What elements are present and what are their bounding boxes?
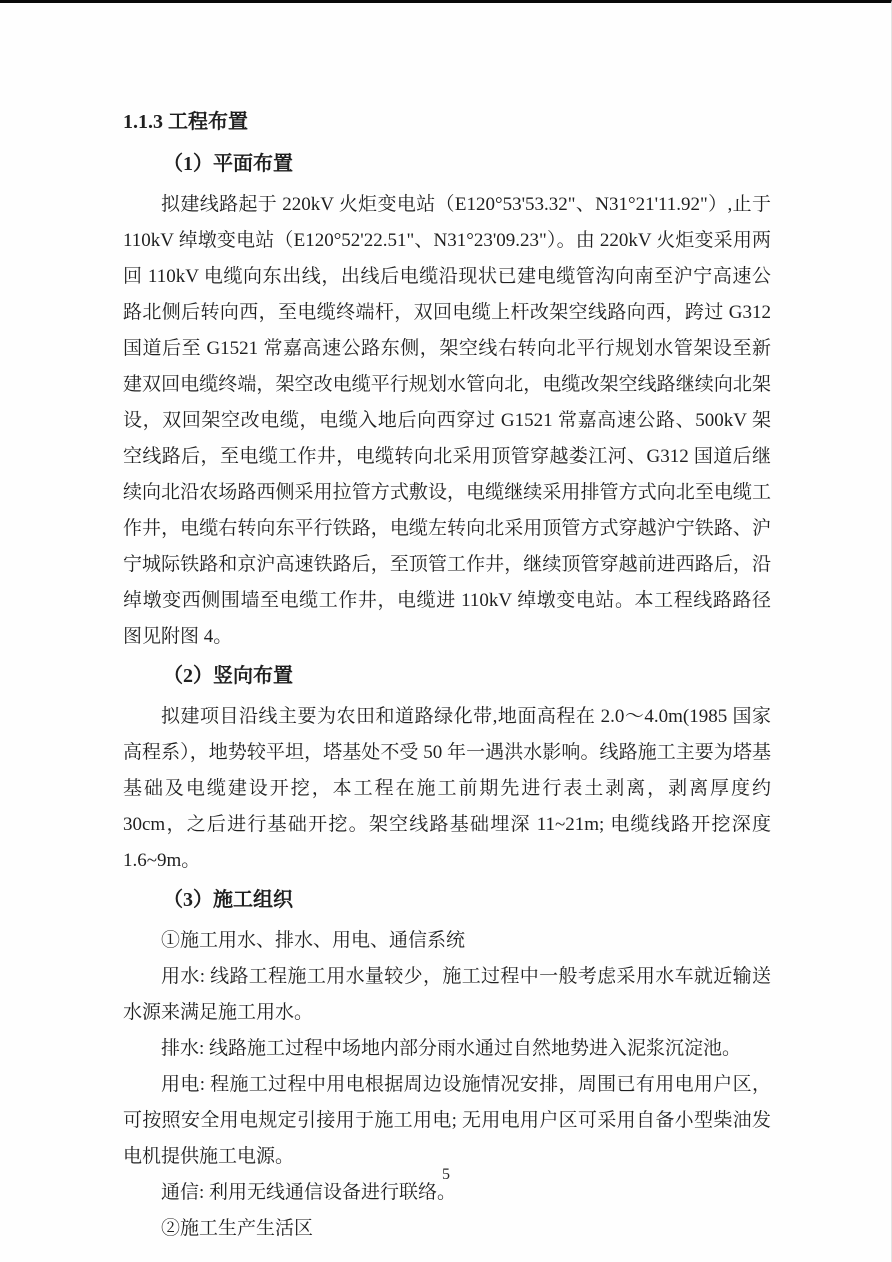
- subsection-title-construction-organization: （3）施工组织: [123, 885, 771, 915]
- document-page: 1.1.3 工程布置 （1）平面布置 拟建线路起于 220kV 火炬变电站（E1…: [0, 0, 892, 1262]
- document-content: 1.1.3 工程布置 （1）平面布置 拟建线路起于 220kV 火炬变电站（E1…: [123, 107, 771, 1247]
- list-item-living-area: ②施工生产生活区: [123, 1211, 771, 1247]
- list-item-systems: ①施工用水、排水、用电、通信系统: [123, 923, 771, 959]
- paragraph-drainage: 排水: 线路施工过程中场地内部分雨水通过自然地势进入泥浆沉淀池。: [123, 1031, 771, 1067]
- subsection-title-vertical-layout: （2）竖向布置: [123, 661, 771, 691]
- paragraph-plane-layout: 拟建线路起于 220kV 火炬变电站（E120°53'53.32"、N31°21…: [123, 187, 771, 655]
- page-number: 5: [0, 1166, 892, 1184]
- section-heading: 1.1.3 工程布置: [123, 107, 771, 137]
- paragraph-water-supply: 用水: 线路工程施工用水量较少，施工过程中一般考虑采用水车就近输送水源来满足施工…: [123, 959, 771, 1031]
- paragraph-electricity: 用电: 程施工过程中用电根据周边设施情况安排，周围已有用电用户区，可按照安全用电…: [123, 1067, 771, 1175]
- subsection-title-plane-layout: （1）平面布置: [123, 149, 771, 179]
- paragraph-vertical-layout: 拟建项目沿线主要为农田和道路绿化带,地面高程在 2.0～4.0m(1985 国家…: [123, 699, 771, 879]
